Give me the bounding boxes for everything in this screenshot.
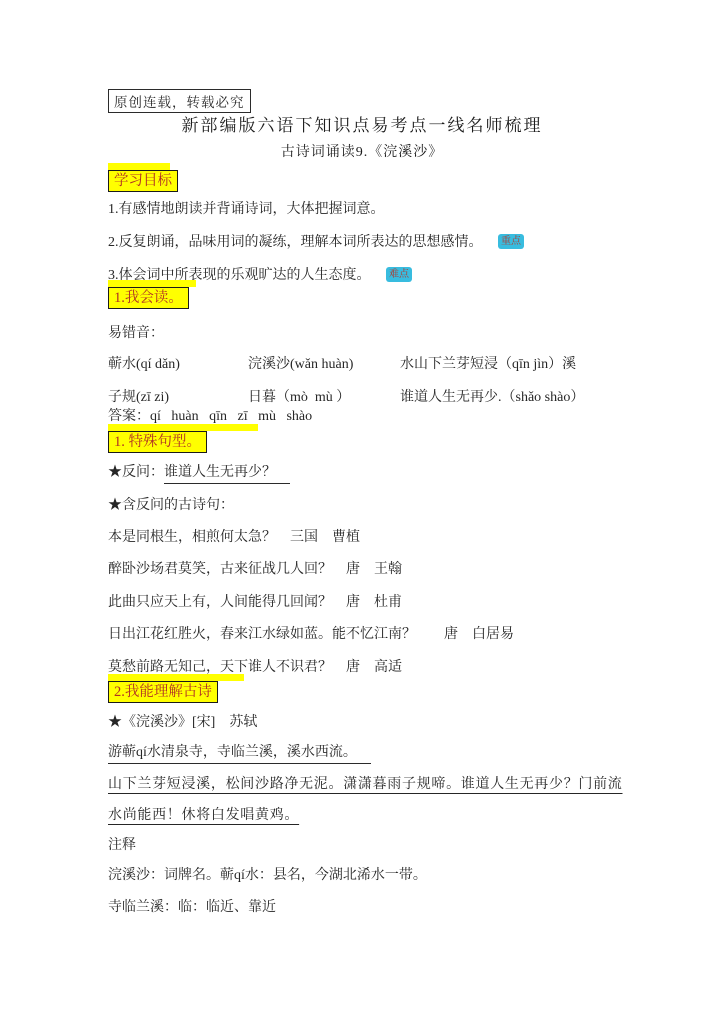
document-title: 新部编版六语下知识点易考点一线名师梳理 <box>0 111 724 136</box>
notes-heading: 注释 <box>108 836 136 856</box>
goals-heading: 学习目标 <box>108 170 178 192</box>
pronunciation-row: 子规(zī zi) 日暮（mò mù ） 谁道人生无再少.（shǎo shào） <box>108 388 628 408</box>
poem-preface: 游蕲qí水清泉寺，寺临兰溪，溪水西流。 <box>108 743 371 763</box>
example-line: 本是同根生，相煎何太急？ 三国 曹植 <box>108 528 360 548</box>
example-line: 此曲只应天上有，人间能得几回闻？ 唐 杜甫 <box>108 593 402 613</box>
key-point-badge: 重点 <box>498 234 524 249</box>
difficult-point-badge: 难点 <box>386 267 412 282</box>
example-line: 日出江花红胜火，春来江水绿如蓝。能不忆江南？ 唐 白居易 <box>108 625 514 645</box>
copyright-notice-box: 原创连载，转载必究 <box>108 89 251 113</box>
poem-body: 山下兰芽短浸溪，松间沙路净无泥。潇潇暮雨子规啼。谁道人生无再少？门前流水尚能西！… <box>108 769 626 831</box>
goal-item: 1.有感情地朗读并背诵诗词，大体把握词意。 <box>108 200 385 220</box>
goal-text: 1.有感情地朗读并背诵诗词，大体把握词意。 <box>108 202 385 217</box>
sentence-pattern-heading: 1. 特殊句型。 <box>108 431 207 453</box>
document-subtitle: 古诗词诵读9.《浣溪沙》 <box>0 141 724 161</box>
note-line: 浣溪沙：词牌名。蕲qí水：县名，今湖北浠水一带。 <box>108 866 427 886</box>
pron-cell: 蕲水(qí dǎn) <box>108 355 180 375</box>
pron-cell: 谁道人生无再少.（shǎo shào） <box>400 388 584 408</box>
poem-title: ★《浣溪沙》[宋] 苏轼 <box>108 713 257 733</box>
highlight-strip <box>108 280 196 287</box>
goal-item: 2.反复朗诵，品味用词的凝练，理解本词所表达的思想感情。 重点 <box>108 233 524 253</box>
pron-cell: 日暮（mò mù ） <box>248 388 350 408</box>
poem-preface-text: 游蕲qí水清泉寺，寺临兰溪，溪水西流。 <box>108 745 371 764</box>
error-sounds-label: 易错音： <box>108 324 164 344</box>
highlight-strip <box>108 424 258 431</box>
highlight-strip <box>108 674 244 681</box>
read-heading: 1.我会读。 <box>108 287 189 309</box>
rhetorical-examples-label: ★含反问的古诗句： <box>108 496 234 516</box>
highlight-strip <box>108 163 170 170</box>
pronunciation-row: 蕲水(qí dǎn) 浣溪沙(wǎn huàn) 水山下兰芽短浸（qīn jìn… <box>108 355 628 375</box>
document-page: 原创连载，转载必究 新部编版六语下知识点易考点一线名师梳理 古诗词诵读9.《浣溪… <box>0 0 724 1024</box>
pron-cell: 浣溪沙(wǎn huàn) <box>248 355 353 375</box>
example-line: 醉卧沙场君莫笑，古来征战几人回？ 唐 王翰 <box>108 560 402 580</box>
understand-heading: 2.我能理解古诗 <box>108 681 218 703</box>
pron-cell: 子规(zī zi) <box>108 388 169 408</box>
rhetorical-answer: 谁道人生无再少？ <box>164 465 290 484</box>
note-line: 寺临兰溪：临：临近、靠近 <box>108 898 276 918</box>
goal-text: 2.反复朗诵，品味用词的凝练，理解本词所表达的思想感情。 <box>108 235 483 250</box>
pron-cell: 水山下兰芽短浸（qīn jìn）溪 <box>400 355 576 375</box>
rhetorical-line: ★反问：谁道人生无再少？ <box>108 463 290 483</box>
rhetorical-label: ★反问： <box>108 465 164 480</box>
